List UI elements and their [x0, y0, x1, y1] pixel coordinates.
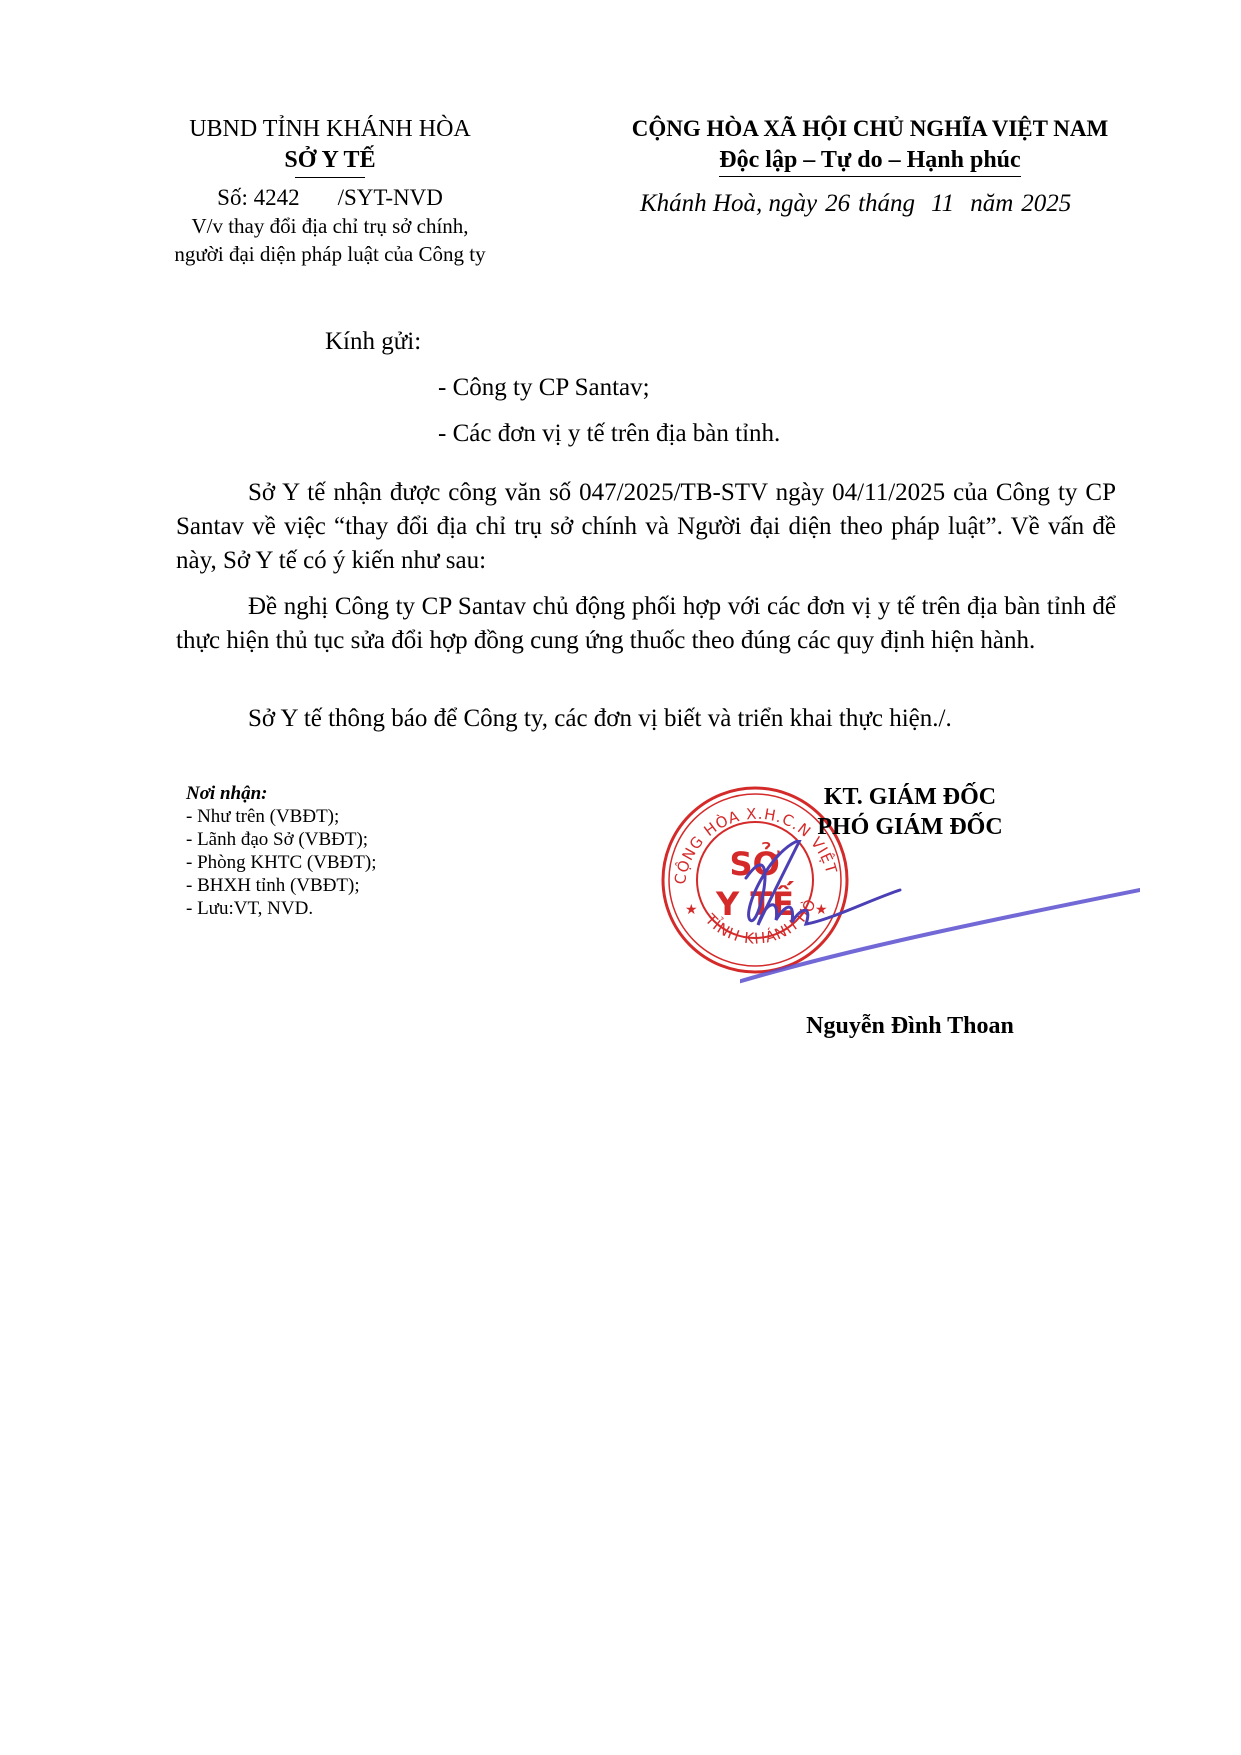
handwritten-signature-icon: [740, 840, 1140, 1020]
department-underline: [295, 177, 365, 178]
distribution-item: - Lưu:VT, NVD.: [186, 897, 377, 920]
date-year-label: năm: [970, 190, 1013, 217]
date-month-label: tháng: [858, 190, 915, 217]
national-motto: Độc lập – Tự do – Hạnh phúc: [719, 146, 1020, 177]
body-paragraph: Sở Y tế nhận được công văn số 047/2025/T…: [176, 476, 1116, 578]
date-place: Khánh Hoà, ngày: [640, 190, 817, 217]
distribution-item: - Phòng KHTC (VBĐT);: [186, 851, 377, 874]
date-line: Khánh Hoà, ngày26tháng11năm2025: [640, 190, 1071, 218]
svg-text:★: ★: [685, 902, 698, 918]
signatory-role-line1: KT. GIÁM ĐỐC: [740, 782, 1080, 812]
authority-name: UBND TỈNH KHÁNH HÒA: [130, 112, 530, 146]
signatory-name: Nguyễn Đình Thoan: [740, 1013, 1080, 1040]
date-year: 2025: [1021, 190, 1071, 217]
date-day: 26: [825, 190, 850, 217]
greeting: Kính gửi:: [325, 328, 421, 356]
signatory-role-line2: PHÓ GIÁM ĐỐC: [740, 812, 1080, 842]
subject-line-1: V/v thay đổi địa chỉ trụ sở chính,: [130, 212, 530, 240]
recipient-item: - Các đơn vị y tế trên địa bàn tỉnh.: [438, 420, 780, 448]
body-paragraph: Sở Y tế thông báo để Công ty, các đơn vị…: [176, 702, 1116, 736]
distribution-item: - BHXH tỉnh (VBĐT);: [186, 874, 377, 897]
document-number-prefix: Số: 4242: [217, 185, 299, 210]
distribution-title: Nơi nhận:: [186, 782, 377, 805]
body-paragraph: Đề nghị Công ty CP Santav chủ động phối …: [176, 590, 1116, 658]
date-month: 11: [931, 190, 954, 217]
department-name: SỞ Y TẾ: [130, 146, 530, 174]
issuing-agency-block: UBND TỈNH KHÁNH HÒA SỞ Y TẾ Số: 4242/SYT…: [130, 112, 530, 268]
signatory-block: KT. GIÁM ĐỐC PHÓ GIÁM ĐỐC: [740, 782, 1080, 842]
document-number: Số: 4242/SYT-NVD: [130, 184, 530, 212]
distribution-item: - Như trên (VBĐT);: [186, 805, 377, 828]
distribution-item: - Lãnh đạo Sở (VBĐT);: [186, 828, 377, 851]
recipient-item: - Công ty CP Santav;: [438, 374, 650, 402]
subject-line-2: người đại diện pháp luật của Công ty: [130, 240, 530, 268]
document-number-suffix: /SYT-NVD: [338, 185, 443, 210]
nation-title: CỘNG HÒA XÃ HỘI CHỦ NGHĨA VIỆT NAM: [590, 112, 1150, 146]
distribution-list: Nơi nhận: - Như trên (VBĐT); - Lãnh đạo …: [186, 782, 377, 920]
national-header-block: CỘNG HÒA XÃ HỘI CHỦ NGHĨA VIỆT NAM Độc l…: [590, 112, 1150, 177]
